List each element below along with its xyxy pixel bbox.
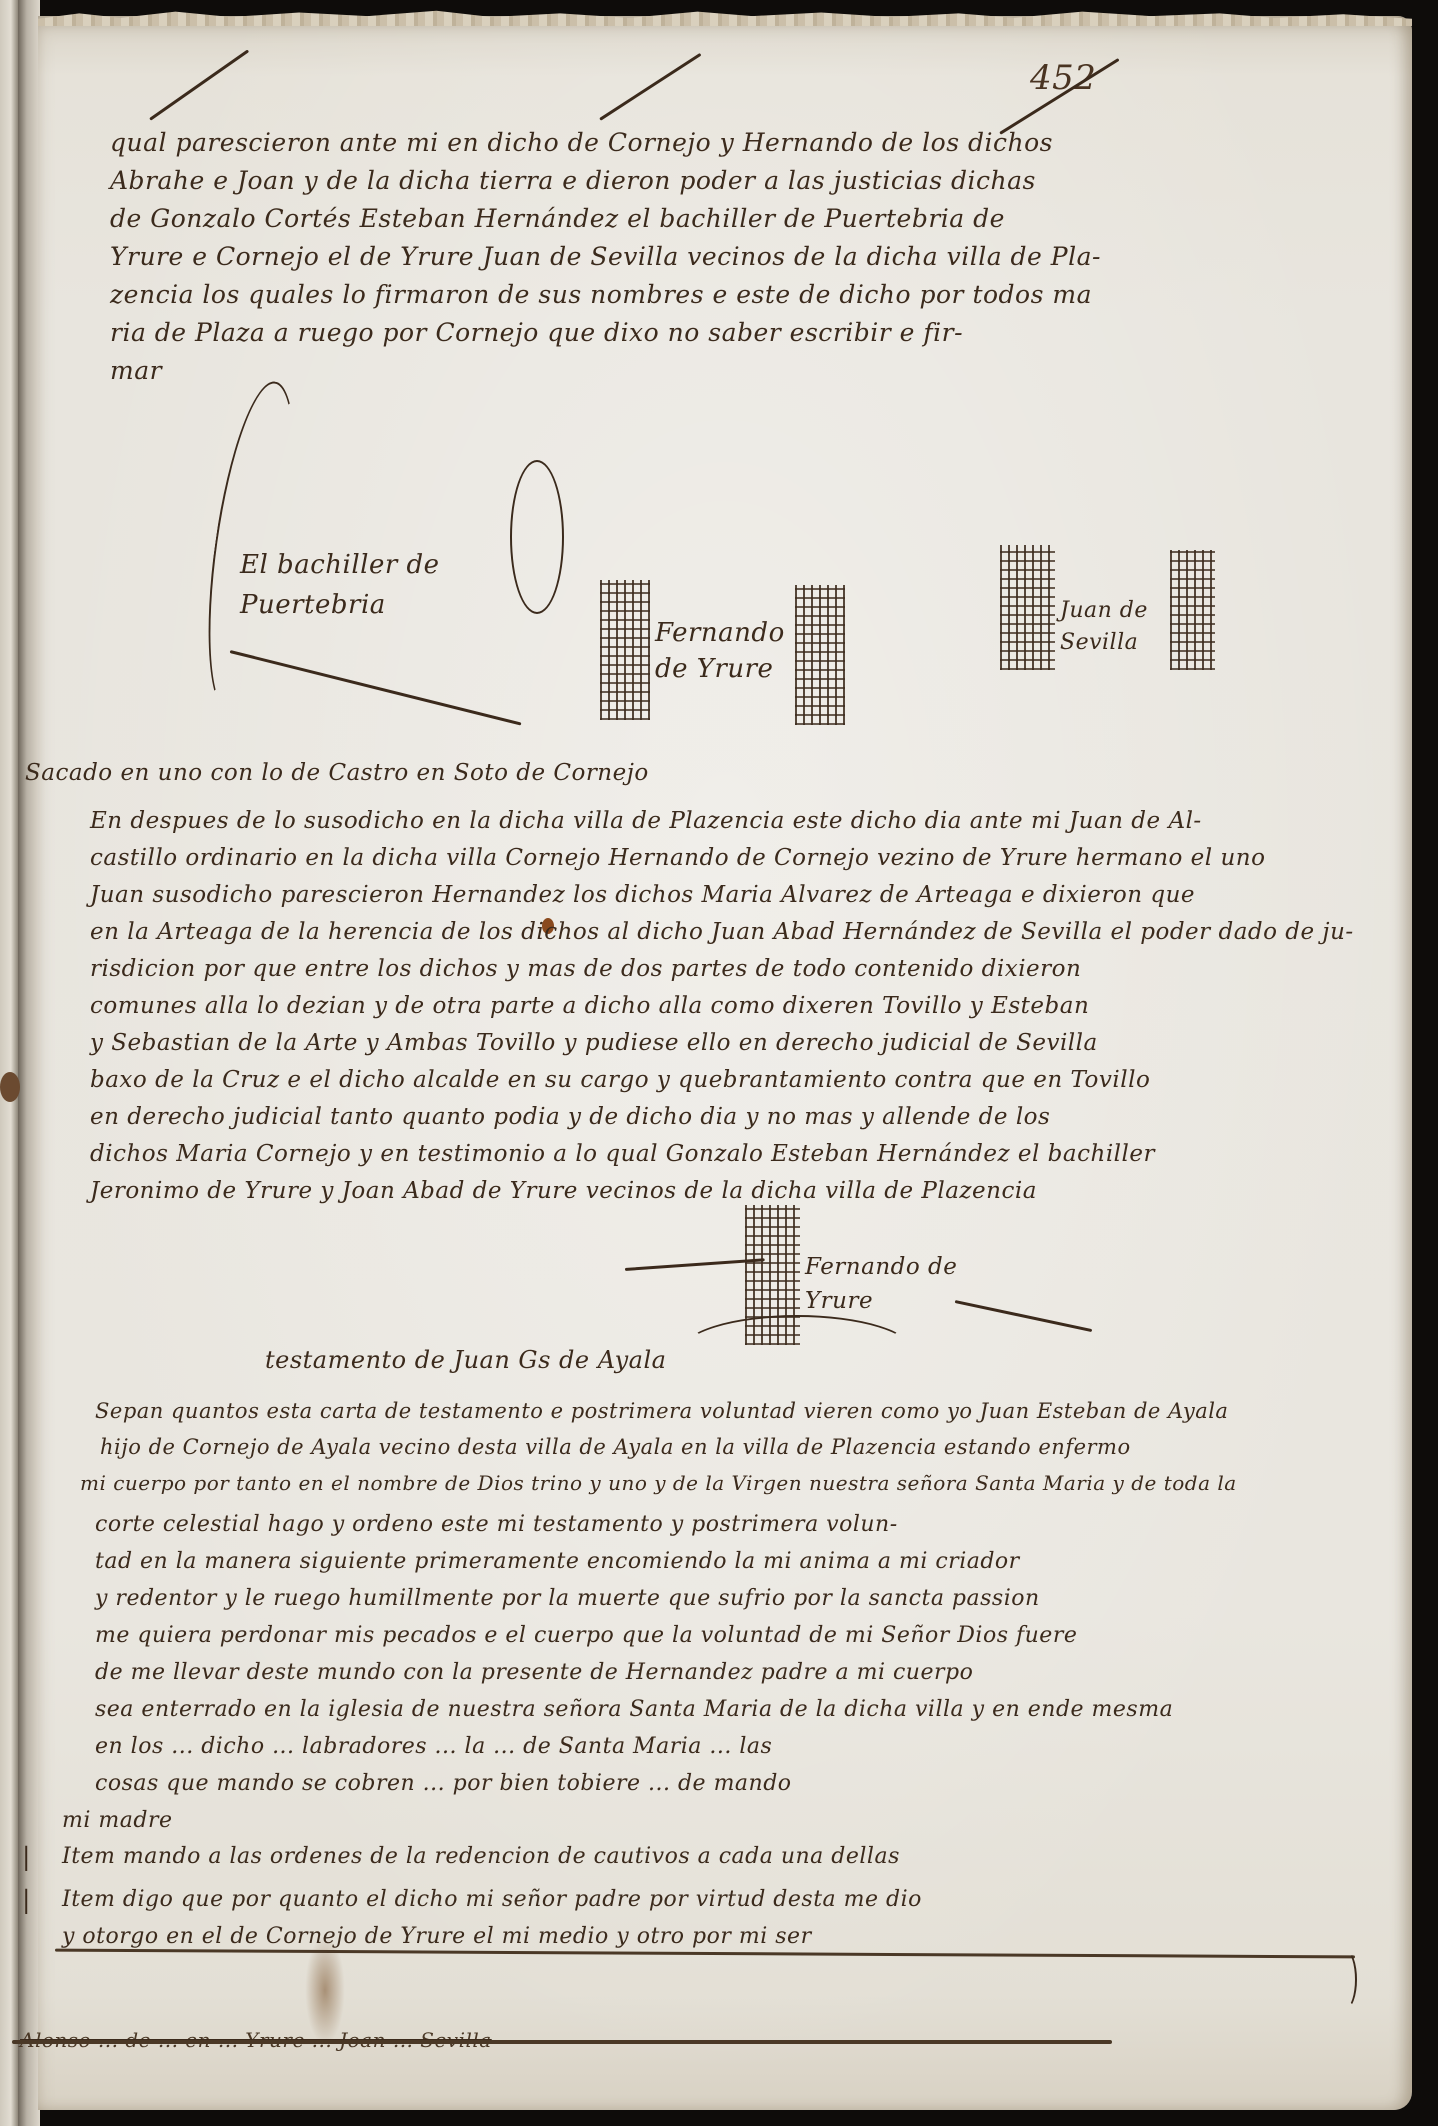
- text-line: hijo de Cornejo de Ayala vecino desta vi…: [100, 1432, 1131, 1462]
- text-line: de Gonzalo Cortés Esteban Hernández el b…: [110, 204, 1005, 234]
- text-line: cosas que mando se cobren ... por bien t…: [95, 1769, 792, 1799]
- text-line: en los ... dicho ... labradores ... la .…: [95, 1732, 772, 1762]
- text-line: mi madre: [62, 1806, 173, 1836]
- text-line: ria de Plaza a ruego por Cornejo que dix…: [110, 318, 963, 348]
- text-line: Abrahe e Joan y de la dicha tierra e die…: [110, 166, 1036, 196]
- signature-text: Fernando de Yrure: [655, 615, 805, 687]
- text-line: y Sebastian de la Arte y Ambas Tovillo y…: [90, 1028, 1098, 1058]
- testament-heading: testamento de Juan Gs de Ayala: [265, 1345, 666, 1375]
- text-line: de me llevar deste mundo con la presente…: [95, 1658, 973, 1688]
- item-line: y otorgo en el de Cornejo de Yrure el mi…: [62, 1922, 812, 1952]
- text-line: corte celestial hago y ordeno este mi te…: [95, 1510, 898, 1540]
- edge-stain: [0, 1072, 20, 1102]
- item-line: Item digo que por quanto el dicho mi señ…: [62, 1885, 922, 1915]
- marginal-note: Sacado en uno con lo de Castro en Soto d…: [25, 758, 649, 788]
- text-line: baxo de la Cruz e el dicho alcalde en su…: [90, 1065, 1150, 1095]
- text-line: Juan susodicho parescieron Hernandez los…: [90, 880, 1195, 910]
- text-line: qual parescieron ante mi en dicho de Cor…: [110, 128, 1053, 158]
- text-line: risdicion por que entre los dichos y mas…: [90, 954, 1081, 984]
- text-line: y redentor y le ruego humillmente por la…: [95, 1584, 1040, 1614]
- text-line: comunes alla lo dezian y de otra parte a…: [90, 991, 1089, 1021]
- text-line: sea enterrado en la iglesia de nuestra s…: [95, 1695, 1173, 1725]
- torn-top-edge: [38, 8, 1412, 26]
- margin-mark: |: [22, 1842, 31, 1872]
- text-line: en derecho judicial tanto quanto podia y…: [90, 1102, 1050, 1132]
- margin-mark: |: [22, 1885, 31, 1915]
- text-line: en la Arteaga de la herencia de los dich…: [90, 917, 1354, 947]
- text-line: castillo ordinario en la dicha villa Cor…: [90, 843, 1265, 873]
- text-line: Jeronimo de Yrure y Joan Abad de Yrure v…: [90, 1176, 1037, 1206]
- text-line: tad en la manera siguiente primeramente …: [95, 1547, 1020, 1577]
- rule-flourish: [1335, 1950, 1357, 2009]
- signature-text: Juan de Sevilla: [1060, 595, 1180, 659]
- cancel-stroke: [12, 2040, 1112, 2044]
- text-line: me quiera perdonar mis pecados e el cuer…: [95, 1621, 1077, 1651]
- text-line: En despues de lo susodicho en la dicha v…: [90, 806, 1202, 836]
- text-line: mi cuerpo por tanto en el nombre de Dios…: [80, 1468, 1237, 1498]
- text-line: zencia los quales lo firmaron de sus nom…: [110, 280, 1092, 310]
- previous-page-edge: [0, 0, 18, 2126]
- binding-gutter: [18, 0, 40, 2126]
- text-line: dichos Maria Cornejo y en testimonio a l…: [90, 1139, 1155, 1169]
- item-line: Item mando a las ordenes de la redencion…: [62, 1842, 900, 1872]
- text-line: Sepan quantos esta carta de testamento e…: [95, 1396, 1228, 1426]
- text-line: Yrure e Cornejo el de Yrure Juan de Sevi…: [110, 242, 1101, 272]
- signature-text: El bachiller de Puertebria: [240, 545, 500, 625]
- signature-text: Fernando de Yrure: [805, 1250, 965, 1318]
- text-line: mar: [110, 356, 162, 386]
